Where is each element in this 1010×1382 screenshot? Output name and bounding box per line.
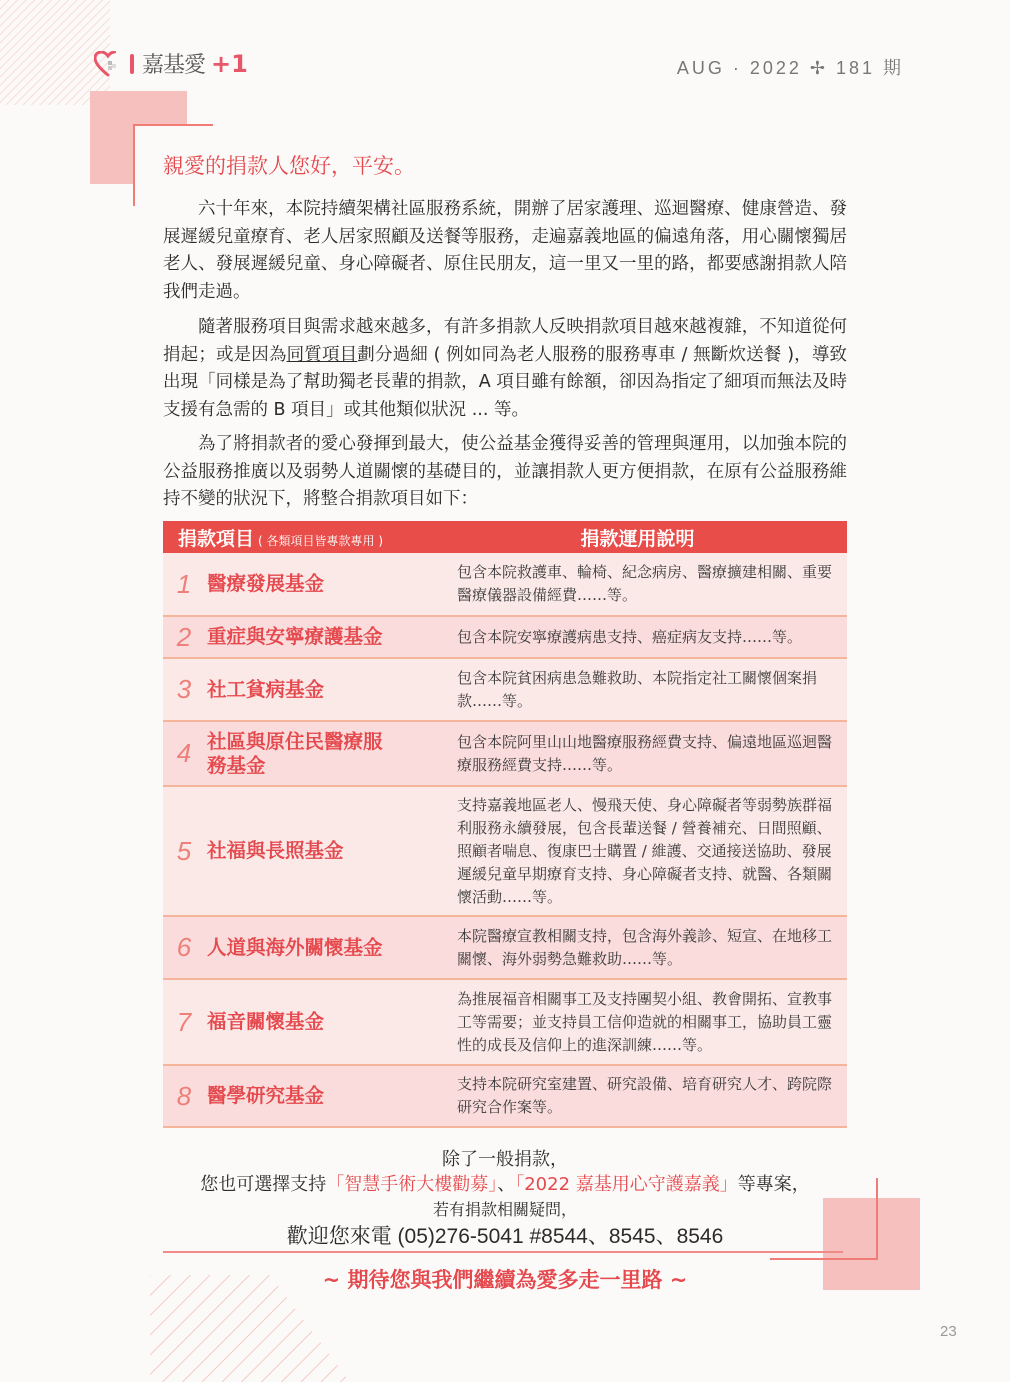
issue-label: AUG · 2022 ✢ 181 期 bbox=[677, 54, 904, 80]
fund-description: 包含本院救護車、輪椅、紀念病房、醫療擴建相關、重要醫療儀器設備經費……等。 bbox=[453, 561, 847, 607]
header-item-column: 捐款項目( 各類項目皆專款專用 ) bbox=[163, 524, 448, 551]
page-number: 23 bbox=[940, 1323, 957, 1340]
row-number: 8 bbox=[163, 1081, 201, 1112]
table-row: 5 社福與長照基金 支持嘉義地區老人、慢飛天使、身心障礙者等弱勢族群福利服務永續… bbox=[163, 787, 847, 917]
logo-divider bbox=[130, 54, 134, 74]
header-item-note: ( 各類項目皆專款專用 ) bbox=[258, 534, 383, 548]
table-header: 捐款項目( 各類項目皆專款專用 ) 捐款運用說明 bbox=[163, 521, 847, 553]
fund-name: 重症與安寧療護基金 bbox=[201, 625, 453, 649]
closing-line-2-suffix: 等專案， bbox=[738, 1174, 810, 1195]
fund-description: 為推展福音相關事工及支持團契小組、教會開拓、宣教事工等需要；並支持員工信仰造就的… bbox=[453, 988, 847, 1057]
fund-description: 本院醫療宣教相關支持，包含海外義診、短宣、在地移工關懷、海外弱勢急難救助……等。 bbox=[453, 925, 847, 971]
fund-name: 醫療發展基金 bbox=[201, 572, 453, 596]
header-item-label: 捐款項目 bbox=[178, 528, 254, 550]
fund-name: 醫學研究基金 bbox=[201, 1084, 453, 1108]
row-number: 2 bbox=[163, 622, 201, 653]
closing-line-2-prefix: 您也可選擇支持 bbox=[200, 1174, 326, 1195]
fund-description: 包含本院阿里山山地醫療服務經費支持、偏遠地區巡迴醫療服務經費支持……等。 bbox=[453, 731, 847, 777]
donation-items-table: 捐款項目( 各類項目皆專款專用 ) 捐款運用說明 1 醫療發展基金 包含本院救護… bbox=[163, 521, 847, 1128]
table-row: 2 重症與安寧療護基金 包含本院安寧療護病患支持、癌症病友支持……等。 bbox=[163, 617, 847, 659]
underlined-term: 同質項目 bbox=[287, 345, 358, 365]
slogan: ~ 期待您與我們繼續為愛多走一里路 ~ bbox=[150, 1264, 860, 1294]
closing-line-1: 除了一般捐款， bbox=[150, 1145, 860, 1171]
fund-name: 社福與長照基金 bbox=[201, 839, 453, 863]
table-row: 7 福音關懷基金 為推展福音相關事工及支持團契小組、教會開拓、宣教事工等需要；並… bbox=[163, 980, 847, 1066]
table-row: 8 醫學研究基金 支持本院研究室建置、研究設備、培育研究人才、跨院際研究合作案等… bbox=[163, 1066, 847, 1128]
table-row: 1 醫療發展基金 包含本院救護車、輪椅、紀念病房、醫療擴建相關、重要醫療儀器設備… bbox=[163, 553, 847, 617]
fund-description: 包含本院安寧療護病患支持、癌症病友支持……等。 bbox=[453, 626, 847, 649]
heart-cross-icon bbox=[94, 51, 122, 77]
logo-plus: +1 bbox=[211, 50, 248, 78]
closing-separator: 、 bbox=[497, 1174, 515, 1195]
row-number: 5 bbox=[163, 836, 201, 867]
logo: 嘉基愛 +1 bbox=[94, 48, 248, 79]
closing-line-3: 若有捐款相關疑問， bbox=[150, 1197, 860, 1220]
fund-name: 社工貧病基金 bbox=[201, 678, 453, 702]
fund-description: 支持本院研究室建置、研究設備、培育研究人才、跨院際研究合作案等。 bbox=[453, 1073, 847, 1119]
divider-rule bbox=[163, 1251, 843, 1253]
row-number: 3 bbox=[163, 674, 201, 705]
fund-description: 支持嘉義地區老人、慢飛天使、身心障礙者等弱勢族群福利服務永續發展，包含長輩送餐 … bbox=[453, 794, 847, 909]
row-number: 4 bbox=[163, 738, 201, 769]
logo-text: 嘉基愛 bbox=[142, 48, 205, 79]
paragraph-intro: 六十年來，本院持續架構社區服務系統，開辦了居家護理、巡迴醫療、健康營造、發展遲緩… bbox=[163, 196, 847, 306]
row-number: 7 bbox=[163, 1007, 201, 1038]
project-highlight-surgery-building: 「智慧手術大樓勸募」 bbox=[326, 1174, 497, 1195]
paragraph-integration: 為了將捐款者的愛心發揮到最大，使公益基金獲得妥善的管理與運用，以加強本院的公益服… bbox=[163, 431, 847, 514]
contact-phone: 歡迎您來電 (05)276-5041 #8544、8545、8546 bbox=[150, 1220, 860, 1250]
table-row: 6 人道與海外關懷基金 本院醫療宣教相關支持，包含海外義診、短宣、在地移工關懷、… bbox=[163, 917, 847, 980]
fund-name: 人道與海外關懷基金 bbox=[201, 936, 453, 960]
header-desc-column: 捐款運用說明 bbox=[448, 524, 847, 551]
table-row: 4 社區與原住民醫療服務基金 包含本院阿里山山地醫療服務經費支持、偏遠地區巡迴醫… bbox=[163, 722, 847, 787]
fund-description: 包含本院貧困病患急難救助、本院指定社工關懷個案捐款……等。 bbox=[453, 667, 847, 713]
table-row: 3 社工貧病基金 包含本院貧困病患急難救助、本院指定社工關懷個案捐款……等。 bbox=[163, 659, 847, 722]
greeting-heading: 親愛的捐款人您好，平安。 bbox=[163, 150, 415, 180]
fund-name: 福音關懷基金 bbox=[201, 1010, 453, 1034]
row-number: 1 bbox=[163, 569, 201, 600]
row-number: 6 bbox=[163, 932, 201, 963]
project-highlight-2022: 「2022 嘉基用心守護嘉義」 bbox=[515, 1174, 738, 1195]
paragraph-issue: 隨著服務項目與需求越來越多，有許多捐款人反映捐款項目越來越複雜，不知道從何捐起；… bbox=[163, 314, 847, 424]
fund-name: 社區與原住民醫療服務基金 bbox=[201, 730, 453, 778]
closing-line-2: 您也可選擇支持「智慧手術大樓勸募」、「2022 嘉基用心守護嘉義」等專案， bbox=[150, 1170, 860, 1196]
